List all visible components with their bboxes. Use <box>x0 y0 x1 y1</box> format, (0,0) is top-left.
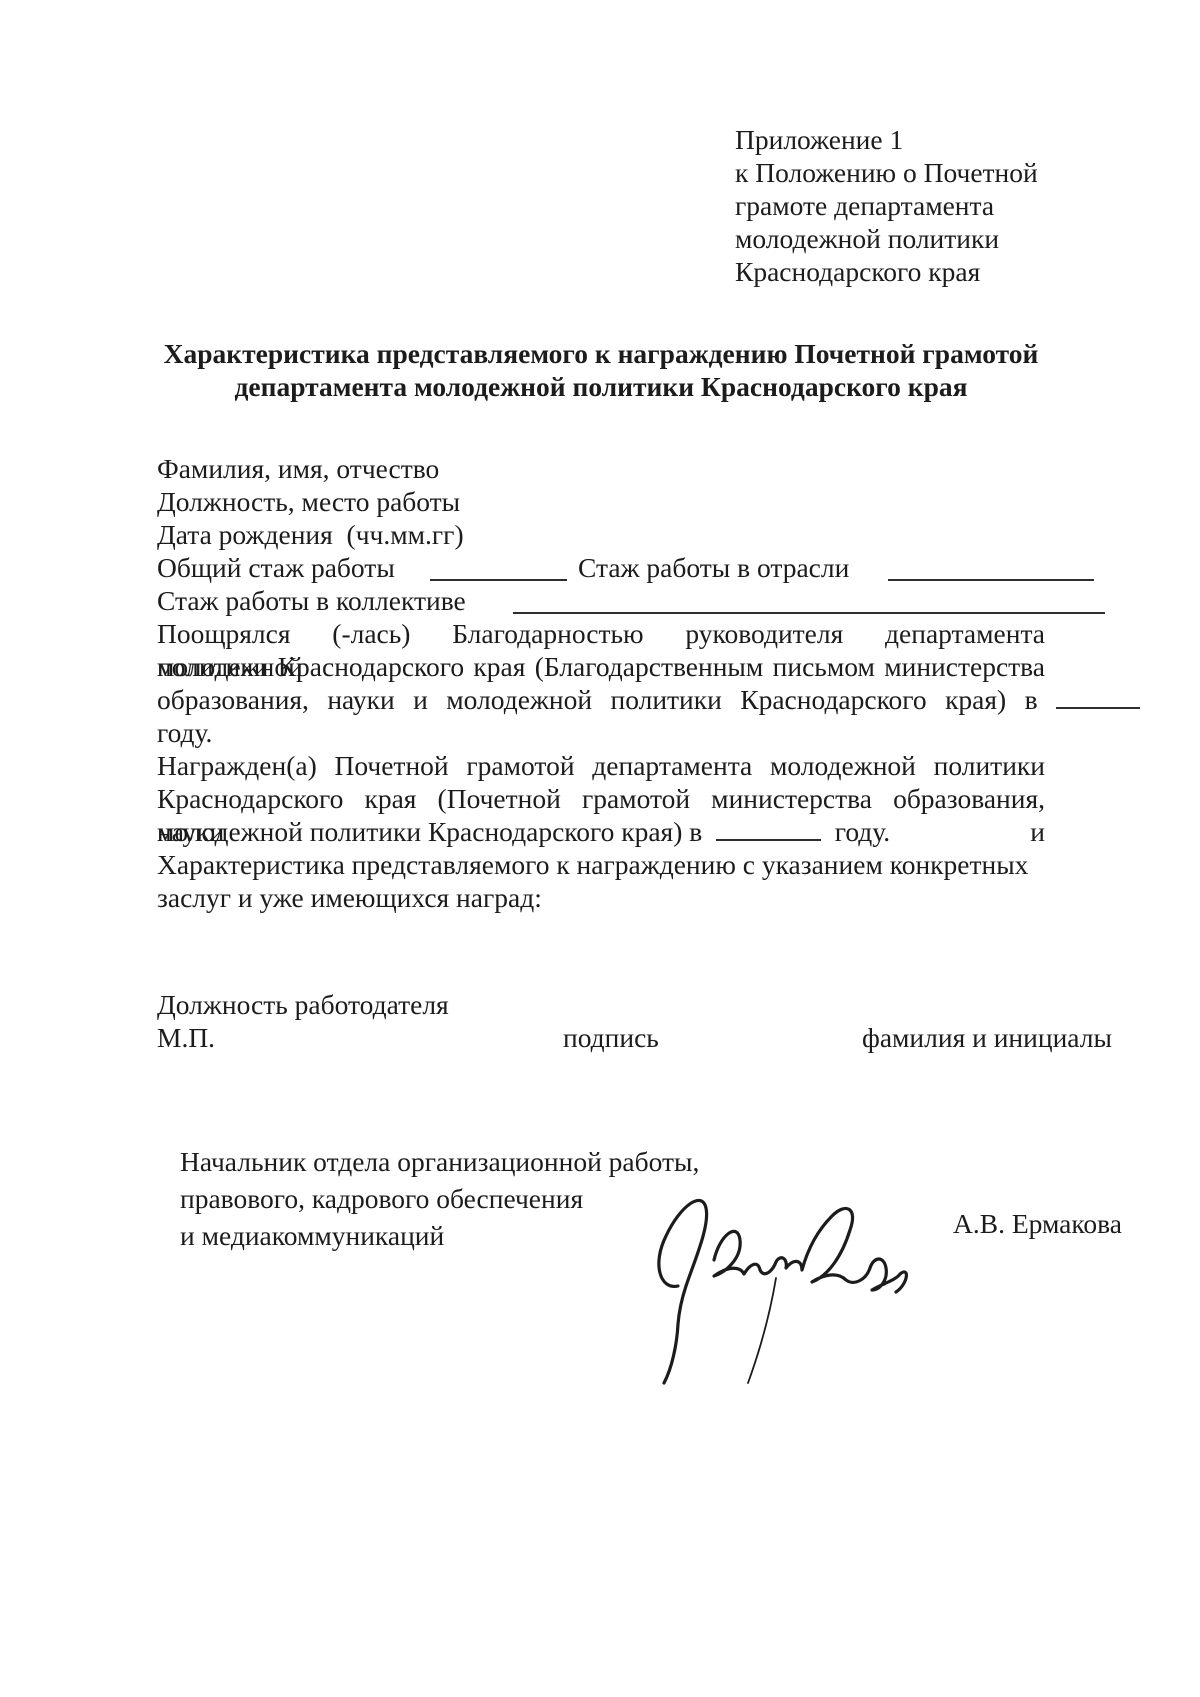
blank-line-total-experience <box>430 579 567 581</box>
handwritten-signature-icon <box>648 1178 918 1403</box>
encouragement-paragraph-line: году. <box>157 716 1045 749</box>
scanned-document-page: Приложение 1 к Положению о Почетной грам… <box>0 0 1200 1697</box>
document-title-line: Характеристика представляемого к награжд… <box>157 337 1045 370</box>
employer-signature-row: М.П. подпись фамилия и инициалы <box>157 1021 1117 1054</box>
field-team-experience-label: Стаж работы в коллективе <box>157 584 466 617</box>
characteristic-note-line: Характеристика представляемого к награжд… <box>157 848 1045 881</box>
employer-position-label: Должность работодателя <box>157 988 1045 1021</box>
name-caption: фамилия и инициалы <box>862 1021 1112 1054</box>
appendix-line: Краснодарского края <box>735 255 1075 288</box>
award-paragraph-line: молодежной политики Краснодарского края)… <box>157 815 1045 848</box>
stamp-place-label: М.П. <box>157 1021 215 1054</box>
blank-line-award-year <box>716 838 821 842</box>
appendix-line: к Положению о Почетной <box>735 156 1075 189</box>
encouragement-paragraph-text: образования, науки и молодежной политики… <box>157 684 1038 715</box>
award-paragraph-text: молодежной политики Краснодарского края)… <box>157 816 702 847</box>
blank-line-team-experience <box>513 612 1105 614</box>
field-industry-experience-label: Стаж работы в отрасли <box>578 551 849 584</box>
approver-title-line: Начальник отдела организационной работы, <box>180 1145 699 1178</box>
field-position-label: Должность, место работы <box>157 485 1045 518</box>
approver-name: А.В. Ермакова <box>953 1207 1122 1240</box>
award-paragraph-suffix: году. <box>828 816 890 847</box>
appendix-line: грамоте департамента <box>735 189 1075 222</box>
document-title: Характеристика представляемого к награжд… <box>157 337 1045 403</box>
encouragement-paragraph-line: политики Краснодарского края (Благодарст… <box>157 650 1045 683</box>
characteristic-note-line: заслуг и уже имеющихся наград: <box>157 881 1045 914</box>
team-experience-row: Стаж работы в коллективе <box>157 584 1107 617</box>
document-title-line: департамента молодежной политики Краснод… <box>157 370 1045 403</box>
blank-line-encouragement-year <box>1056 706 1140 710</box>
appendix-line: Приложение 1 <box>735 123 1075 156</box>
appendix-header: Приложение 1 к Положению о Почетной грам… <box>735 123 1075 288</box>
award-paragraph-line: Награжден(а) Почетной грамотой департаме… <box>157 749 1045 782</box>
encouragement-paragraph-line: образования, науки и молодежной политики… <box>157 683 1140 716</box>
approver-title-line: и медиакоммуникаций <box>180 1219 444 1252</box>
blank-line-industry-experience <box>888 579 1094 581</box>
field-fio-label: Фамилия, имя, отчество <box>157 452 1045 485</box>
signature-caption: подпись <box>563 1021 659 1054</box>
experience-row: Общий стаж работы Стаж работы в отрасли <box>157 551 1097 584</box>
appendix-line: молодежной политики <box>735 222 1075 255</box>
field-birth-date-label: Дата рождения (чч.мм.гг) <box>157 518 1045 551</box>
field-total-experience-label: Общий стаж работы <box>157 551 395 584</box>
approver-title-line: правового, кадрового обеспечения <box>180 1182 583 1215</box>
